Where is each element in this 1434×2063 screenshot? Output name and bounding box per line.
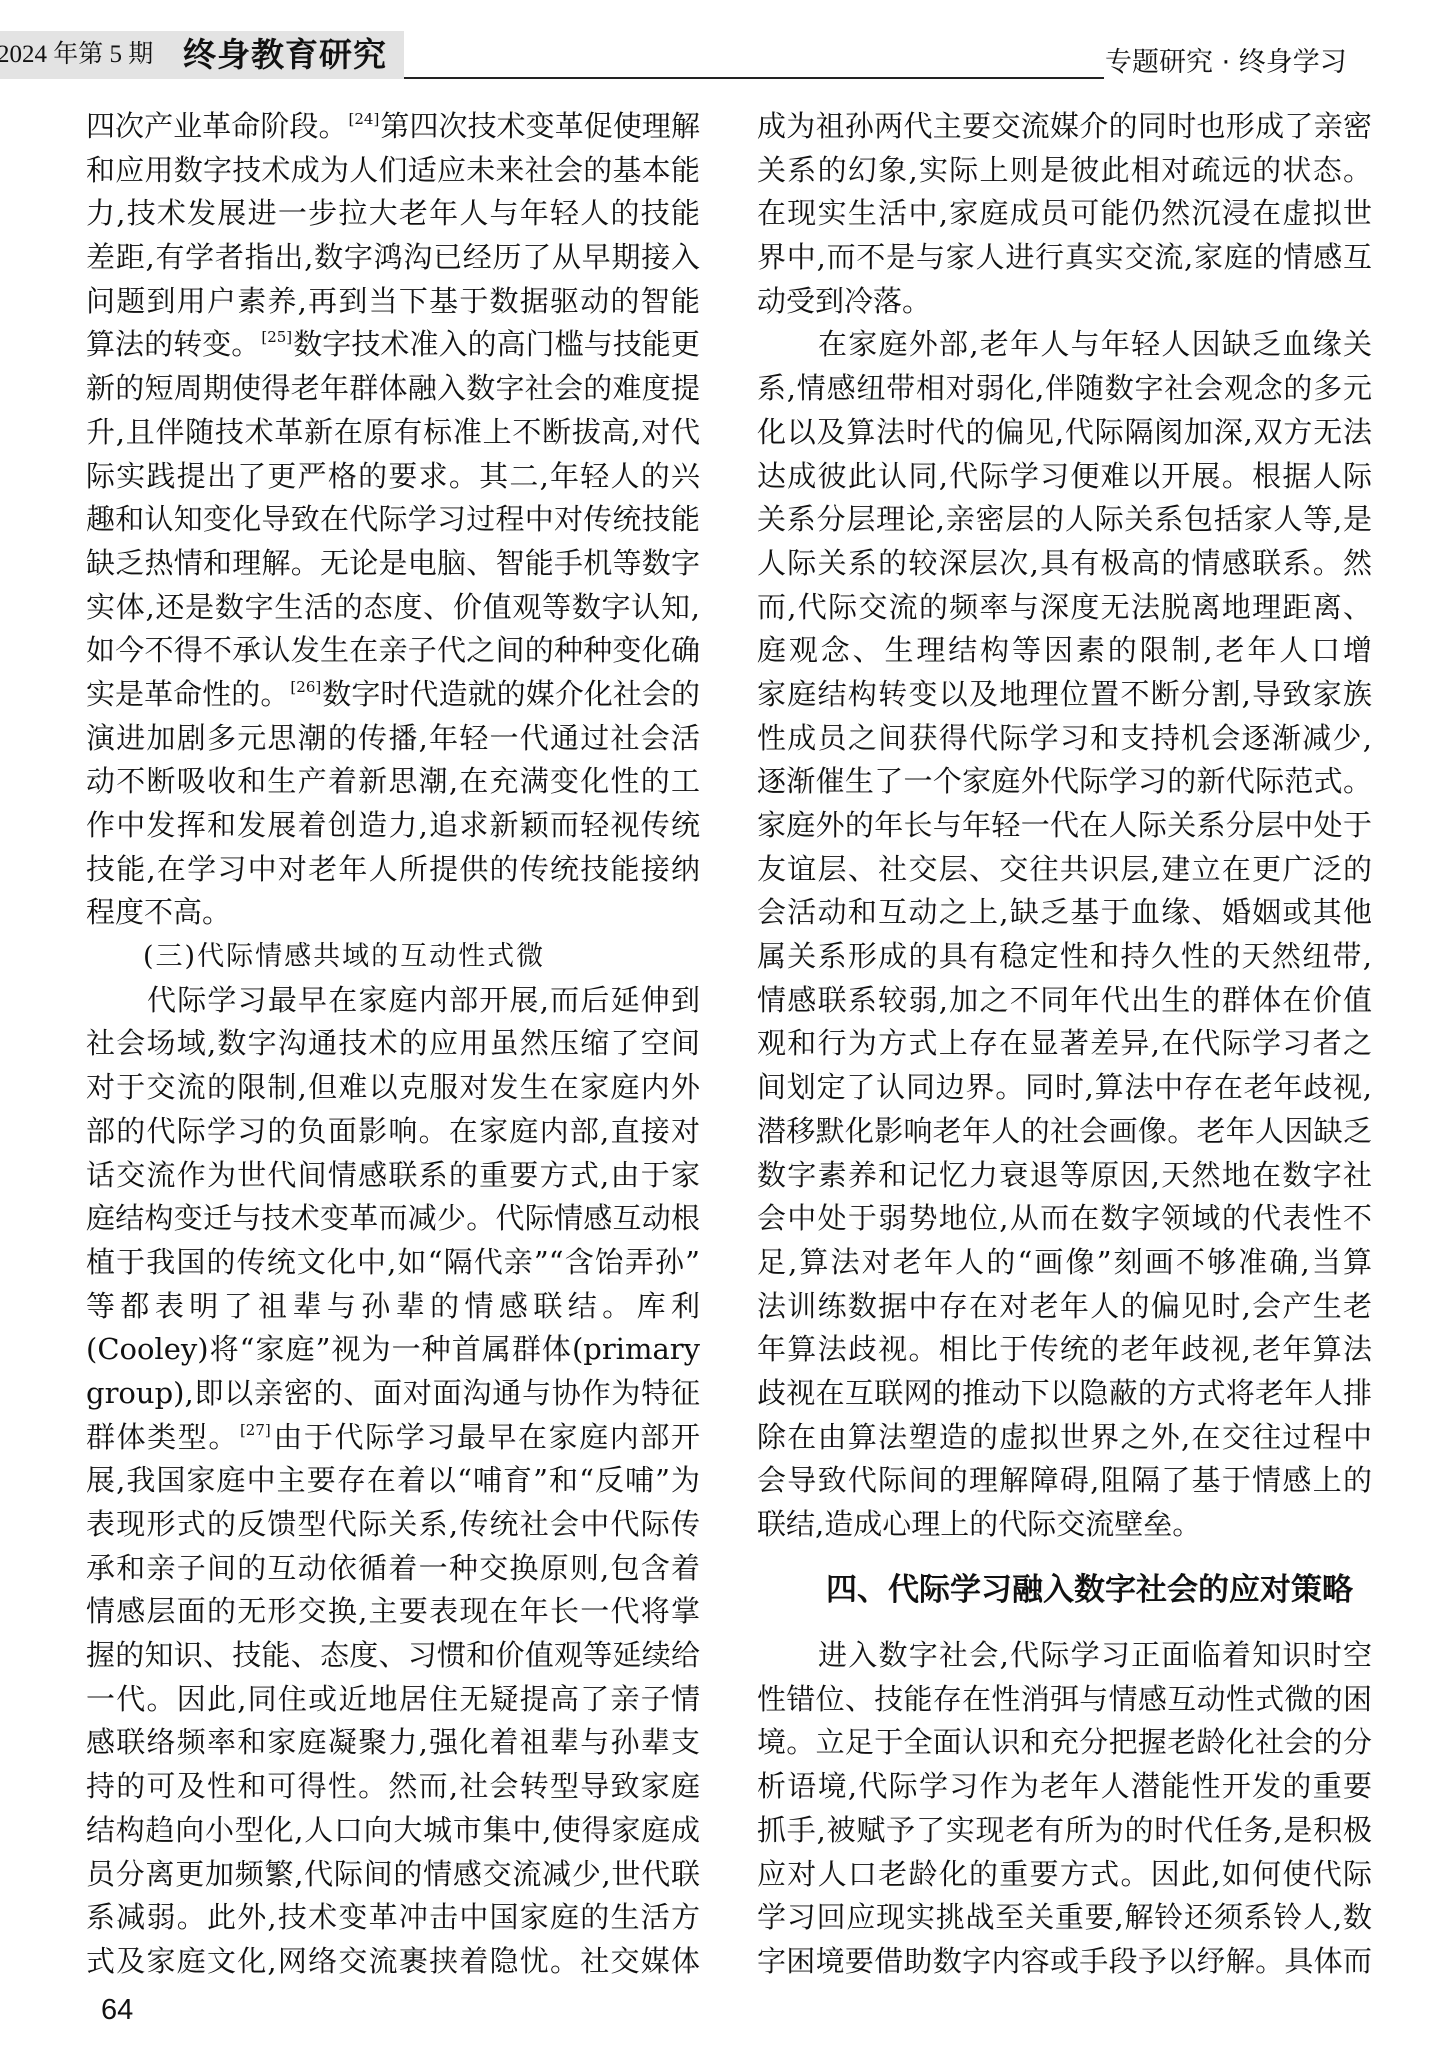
text-line: 会中处于弱势地位,从而在数字领域的代表性不 — [757, 1197, 1372, 1241]
text-line: 成为祖孙两代主要交流媒介的同时也形成了亲密 — [757, 105, 1372, 149]
text-line: 歧视在互联网的推动下以隐蔽的方式将老年人排 — [757, 1372, 1372, 1416]
text-line: 关系的幻象,实际上则是彼此相对疏远的状态。 — [757, 149, 1372, 193]
text-line: 进入数字社会,代际学习正面临着知识时空 — [757, 1634, 1372, 1678]
text-line: 会导致代际间的理解障碍,阻隔了基于情感上的 — [757, 1459, 1372, 1503]
text-line: 家庭外的年长与年轻一代在人际关系分层中处于 — [757, 804, 1372, 848]
citation-marker: [27] — [239, 1421, 272, 1439]
text-line: 握的知识、技能、态度、习惯和价值观等延续给下 — [86, 1634, 700, 1678]
text-line: 析语境,代际学习作为老年人潜能性开发的重要 — [757, 1765, 1372, 1809]
text-line: 观和行为方式上存在显著差异,在代际学习者之 — [757, 1022, 1372, 1066]
text-line: 年算法歧视。相比于传统的老年歧视,老年算法 — [757, 1328, 1372, 1372]
text-line: 系减弱。此外,技术变革冲击中国家庭的生活方 — [86, 1896, 700, 1940]
text-line: 庭结构变迁与技术变革而减少。代际情感互动根 — [86, 1197, 700, 1241]
text-line: 技能,在学习中对老年人所提供的传统技能接纳 — [86, 848, 700, 892]
text-line: 人际关系的较深层次,具有极高的情感联系。然 — [757, 542, 1372, 586]
text-line: 实是革命性的。[26]数字时代造就的媒介化社会的 — [86, 673, 700, 717]
text-line: 动不断吸收和生产着新思潮,在充满变化性的工 — [86, 760, 700, 804]
text-line: 展,我国家庭中主要存在着以“哺育”和“反哺”为 — [86, 1459, 700, 1503]
text-line: 趣和认知变化导致在代际学习过程中对传统技能 — [86, 498, 700, 542]
text-line: 除在由算法塑造的虚拟世界之外,在交往过程中 — [757, 1416, 1372, 1460]
text-line: 字困境要借助数字内容或手段予以纾解。具体而 — [757, 1940, 1372, 1984]
text-line: 达成彼此认同,代际学习便难以开展。根据人际 — [757, 455, 1372, 499]
journal-header-banner: 2024 年第 5 期 终身教育研究 — [0, 31, 404, 79]
citation-marker: [25] — [260, 328, 293, 346]
text-line: 会活动和互动之上,缺乏基于血缘、婚姻或其他亲 — [757, 891, 1372, 935]
text-line: 如今不得不承认发生在亲子代之间的种种变化确 — [86, 629, 700, 673]
subsection-heading: (三)代际情感共域的互动性式微 — [86, 935, 700, 979]
header-rule-divider — [404, 77, 1104, 79]
text-line: 社会场域,数字沟通技术的应用虽然压缩了空间 — [86, 1022, 700, 1066]
text-line: 实体,还是数字生活的态度、价值观等数字认知, — [86, 586, 700, 630]
text-line: 学习回应现实挑战至关重要,解铃还须系铃人,数 — [757, 1896, 1372, 1940]
text-line: 间划定了认同边界。同时,算法中存在老年歧视, — [757, 1066, 1372, 1110]
text-run: 实是革命性的。 — [86, 677, 289, 711]
text-line: 结构趋向小型化,人口向大城市集中,使得家庭成 — [86, 1809, 700, 1853]
text-line: 属关系形成的具有稳定性和持久性的天然纽带, — [757, 935, 1372, 979]
text-line: 员分离更加频繁,代际间的情感交流减少,世代联 — [86, 1853, 700, 1897]
paragraph: 代际学习最早在家庭内部开展,而后延伸到社会场域,数字沟通技术的应用虽然压缩了空间… — [86, 979, 700, 1984]
text-line: 等都表明了祖辈与孙辈的情感联结。库利 — [86, 1285, 700, 1329]
text-line: 程度不高。 — [86, 891, 700, 935]
text-line: 式及家庭文化,网络交流裹挟着隐忧。社交媒体 — [86, 1940, 700, 1984]
right-column: 成为祖孙两代主要交流媒介的同时也形成了亲密关系的幻象,实际上则是彼此相对疏远的状… — [757, 105, 1372, 1984]
text-line: 界中,而不是与家人进行真实交流,家庭的情感互 — [757, 236, 1372, 280]
text-line: 话交流作为世代间情感联系的重要方式,由于家 — [86, 1154, 700, 1198]
text-line: 升,且伴随技术革新在原有标准上不断拔高,对代 — [86, 411, 700, 455]
text-line: 代际学习最早在家庭内部开展,而后延伸到 — [86, 979, 700, 1023]
text-line: group),即以亲密的、面对面沟通与协作为特征的 — [86, 1372, 700, 1416]
text-line: 算法的转变。[25]数字技术准入的高门槛与技能更 — [86, 323, 700, 367]
text-line: 际实践提出了更严格的要求。其二,年轻人的兴 — [86, 455, 700, 499]
paragraph: 成为祖孙两代主要交流媒介的同时也形成了亲密关系的幻象,实际上则是彼此相对疏远的状… — [757, 105, 1372, 323]
text-line: 感联络频率和家庭凝聚力,强化着祖辈与孙辈支 — [86, 1721, 700, 1765]
text-line: 情感层面的无形交换,主要表现在年长一代将掌 — [86, 1590, 700, 1634]
text-line: 联结,造成心理上的代际交流壁垒。 — [757, 1503, 1372, 1547]
text-line: 力,技术发展进一步拉大老年人与年轻人的技能 — [86, 192, 700, 236]
text-run: 四次产业革命阶段。 — [86, 109, 348, 143]
paragraph: 四次产业革命阶段。[24]第四次技术变革促使理解和应用数字技术成为人们适应未来社… — [86, 105, 700, 935]
text-line: 对于交流的限制,但难以克服对发生在家庭内外 — [86, 1066, 700, 1110]
text-run: 数字时代造就的媒介化社会的 — [322, 677, 700, 711]
text-line: 性成员之间获得代际学习和支持机会逐渐减少, — [757, 717, 1372, 761]
text-line: 应对人口老龄化的重要方式。因此,如何使代际 — [757, 1853, 1372, 1897]
text-line: 一代。因此,同住或近地居住无疑提高了亲子情 — [86, 1678, 700, 1722]
text-line: 关系分层理论,亲密层的人际关系包括家人等,是 — [757, 498, 1372, 542]
text-line: 差距,有学者指出,数字鸿沟已经历了从早期接入 — [86, 236, 700, 280]
text-line: 足,算法对老年人的“画像”刻画不够准确,当算 — [757, 1241, 1372, 1285]
text-line: 承和亲子间的互动依循着一种交换原则,包含着 — [86, 1547, 700, 1591]
section-heading: 四、代际学习融入数字社会的应对策略 — [757, 1547, 1372, 1634]
journal-title: 终身教育研究 — [183, 31, 387, 79]
issue-label: 2024 年第 5 期 — [0, 31, 153, 79]
text-line: 演进加剧多元思潮的传播,年轻一代通过社会活 — [86, 717, 700, 761]
paragraph: 在家庭外部,老年人与年轻人因缺乏血缘关系,情感纽带相对弱化,伴随数字社会观念的多… — [757, 323, 1372, 1546]
text-line: 家庭结构转变以及地理位置不断分割,导致家族 — [757, 673, 1372, 717]
text-run: 算法的转变。 — [86, 327, 260, 361]
citation-marker: [24] — [348, 110, 381, 128]
section-label: 专题研究 · 终身学习 — [1105, 43, 1347, 83]
text-line: 友谊层、社交层、交往共识层,建立在更广泛的社 — [757, 848, 1372, 892]
text-line: 持的可及性和可得性。然而,社会转型导致家庭 — [86, 1765, 700, 1809]
text-line: 逐渐催生了一个家庭外代际学习的新代际范式。 — [757, 760, 1372, 804]
text-line: 在现实生活中,家庭成员可能仍然沉浸在虚拟世 — [757, 192, 1372, 236]
text-line: 而,代际交流的频率与深度无法脱离地理距离、家 — [757, 586, 1372, 630]
text-line: 缺乏热情和理解。无论是电脑、智能手机等数字 — [86, 542, 700, 586]
text-line: 和应用数字技术成为人们适应未来社会的基本能 — [86, 149, 700, 193]
text-line: 植于我国的传统文化中,如“隔代亲”“含饴弄孙” — [86, 1241, 700, 1285]
text-line: 动受到冷落。 — [757, 280, 1372, 324]
text-line: 境。立足于全面认识和充分把握老龄化社会的分 — [757, 1721, 1372, 1765]
text-line: 庭观念、生理结构等因素的限制,老年人口增长、 — [757, 629, 1372, 673]
text-run: 第四次技术变革促使理解 — [380, 109, 700, 143]
text-run: 群体类型。 — [86, 1420, 239, 1454]
text-line: 数字素养和记忆力衰退等原因,天然地在数字社 — [757, 1154, 1372, 1198]
text-line: 问题到用户素养,再到当下基于数据驱动的智能 — [86, 280, 700, 324]
left-column: 四次产业革命阶段。[24]第四次技术变革促使理解和应用数字技术成为人们适应未来社… — [86, 105, 700, 1984]
text-line: 系,情感纽带相对弱化,伴随数字社会观念的多元 — [757, 367, 1372, 411]
citation-marker: [26] — [289, 678, 322, 696]
text-line: 潜移默化影响老年人的社会画像。老年人因缺乏 — [757, 1110, 1372, 1154]
text-run: 由于代际学习最早在家庭内部开 — [272, 1420, 700, 1454]
page-number: 64 — [101, 1993, 133, 2027]
text-run: 数字技术准入的高门槛与技能更 — [293, 327, 700, 361]
text-line: 群体类型。[27]由于代际学习最早在家庭内部开 — [86, 1416, 700, 1460]
text-line: 抓手,被赋予了实现老有所为的时代任务,是积极 — [757, 1809, 1372, 1853]
text-line: 作中发挥和发展着创造力,追求新颖而轻视传统 — [86, 804, 700, 848]
text-line: 在家庭外部,老年人与年轻人因缺乏血缘关 — [757, 323, 1372, 367]
text-line: 部的代际学习的负面影响。在家庭内部,直接对 — [86, 1110, 700, 1154]
text-line: 四次产业革命阶段。[24]第四次技术变革促使理解 — [86, 105, 700, 149]
text-line: 法训练数据中存在对老年人的偏见时,会产生老 — [757, 1285, 1372, 1329]
text-line: 情感联系较弱,加之不同年代出生的群体在价值 — [757, 979, 1372, 1023]
text-line: 表现形式的反馈型代际关系,传统社会中代际传 — [86, 1503, 700, 1547]
text-line: 性错位、技能存在性消弭与情感互动性式微的困 — [757, 1678, 1372, 1722]
paragraph: 进入数字社会,代际学习正面临着知识时空性错位、技能存在性消弭与情感互动性式微的困… — [757, 1634, 1372, 1984]
text-line: (Cooley)将“家庭”视为一种首属群体(primary — [86, 1328, 700, 1372]
text-line: 化以及算法时代的偏见,代际隔阂加深,双方无法 — [757, 411, 1372, 455]
text-line: 新的短周期使得老年群体融入数字社会的难度提 — [86, 367, 700, 411]
